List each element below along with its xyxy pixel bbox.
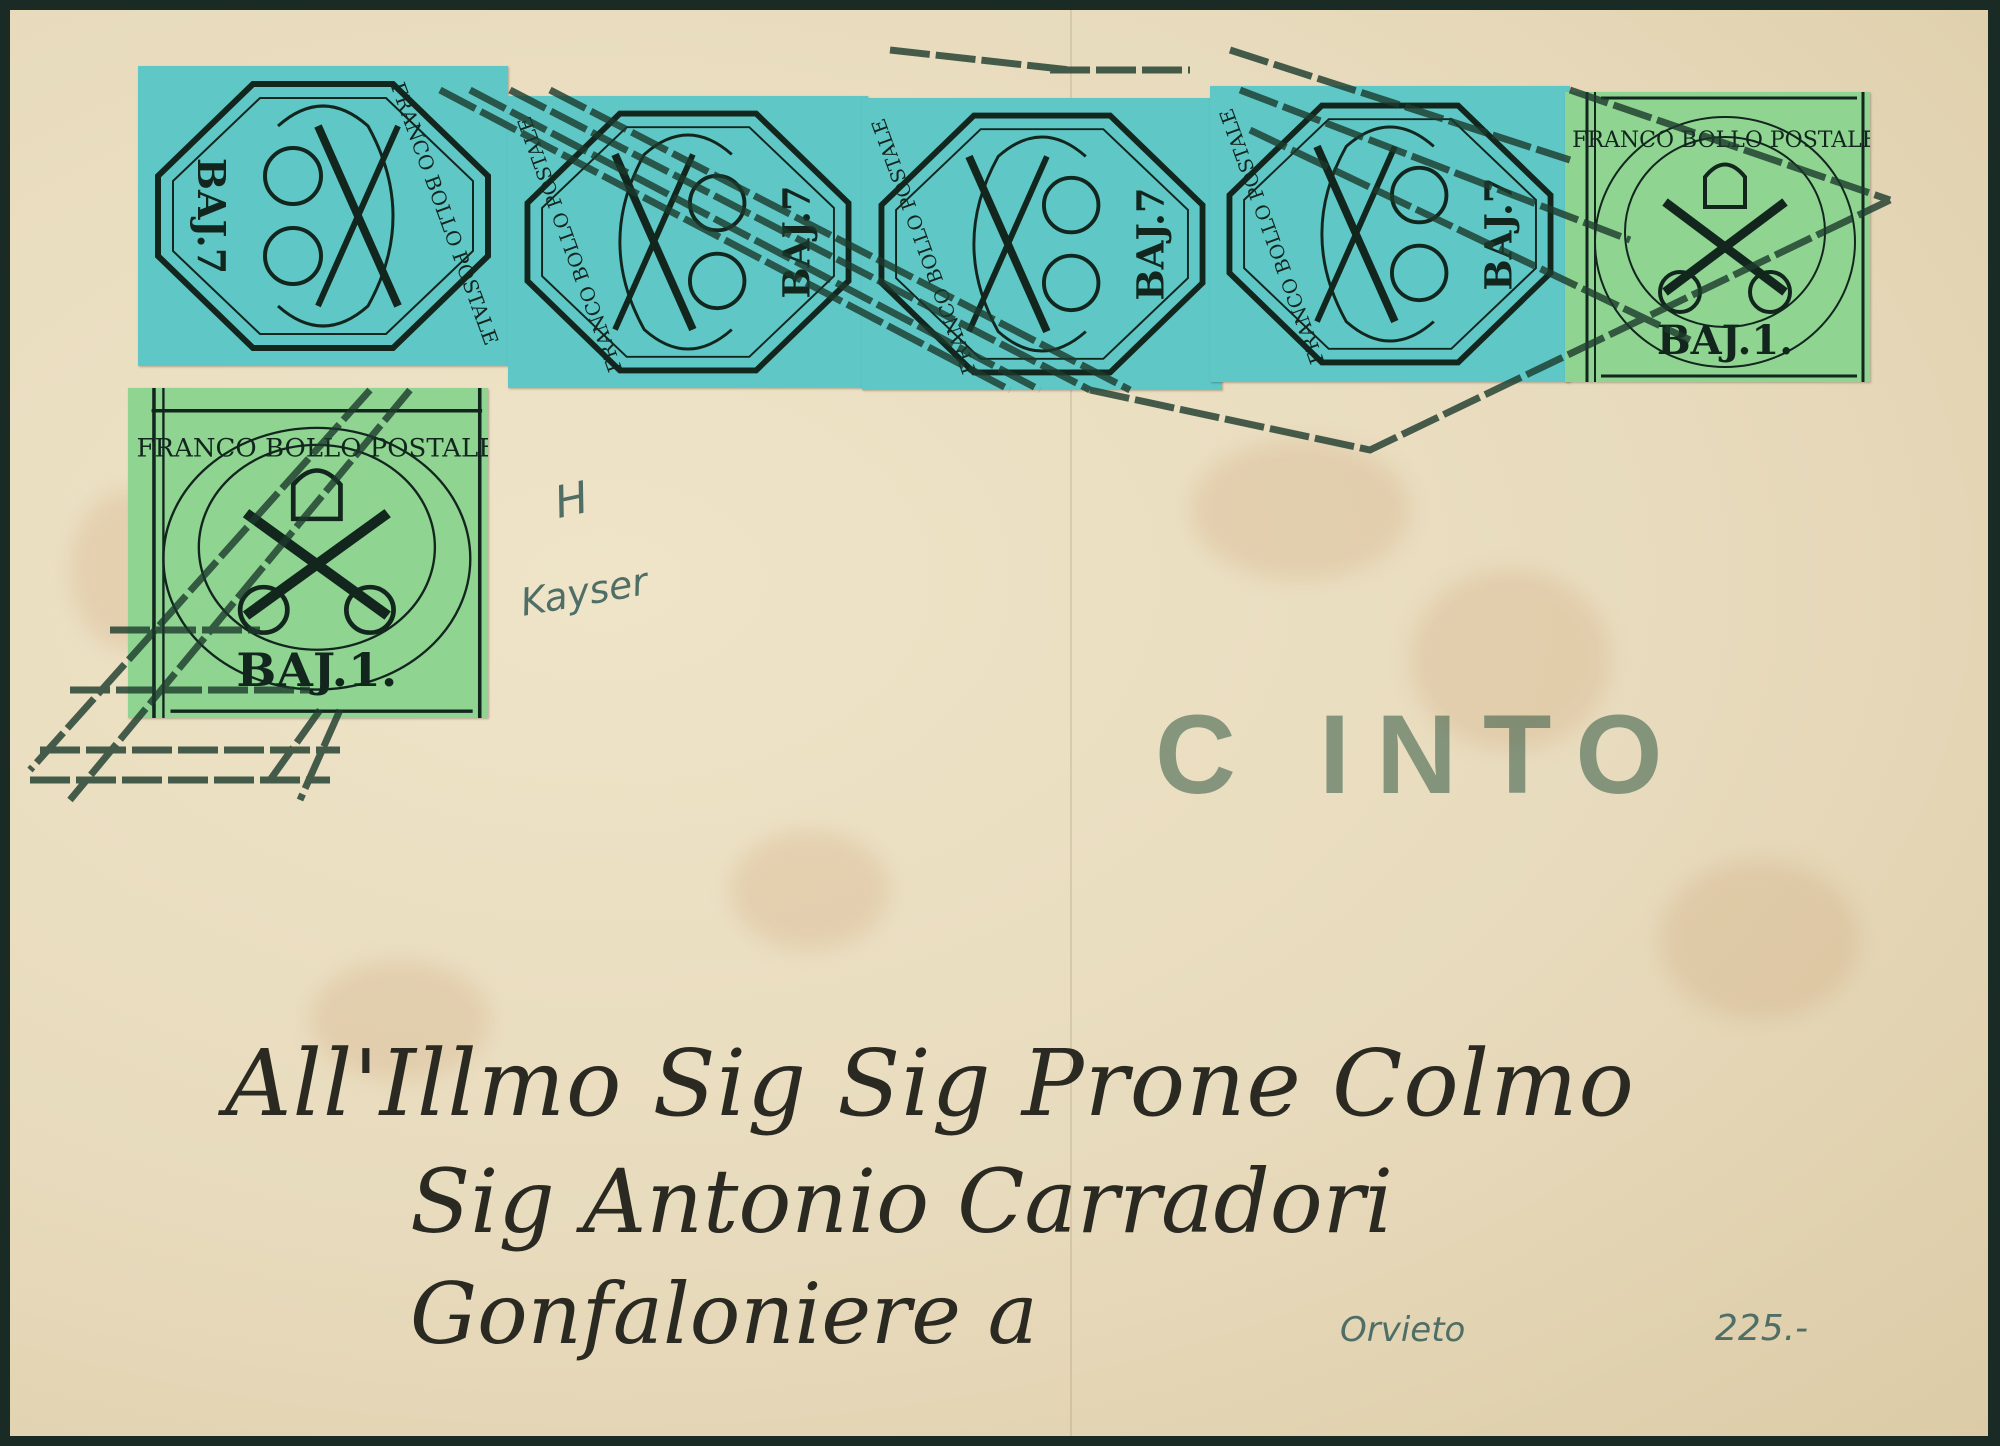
svg-text:FRANCO BOLLO POSTALE: FRANCO BOLLO POSTALE — [1572, 128, 1870, 153]
octagon-design-icon: BAJ.7 FRANCO BOLLO POSTALE — [508, 96, 868, 388]
stamp-baj7-4: BAJ.7 FRANCO BOLLO POSTALE — [1210, 86, 1570, 382]
svg-text:BAJ.7: BAJ.7 — [189, 158, 234, 274]
svg-text:BAJ.7: BAJ.7 — [1477, 177, 1521, 290]
svg-text:BAJ.7: BAJ.7 — [1129, 187, 1173, 300]
oval-design-icon: FRANCO BOLLO POSTALE BAJ.1. — [128, 388, 488, 718]
address-line-1: All'Illmo Sig Sig Prone Colmo — [225, 1030, 1635, 1137]
pencil-price: 225.- — [1715, 1308, 1808, 1349]
foxing-stain — [730, 830, 890, 950]
pencil-destination: Orvieto — [1340, 1310, 1465, 1350]
stamp-baj7-1: BAJ.7 FRANCO BOLLO POSTALE — [138, 66, 508, 366]
address-line-3: Gonfaloniere a — [410, 1265, 1038, 1363]
oval-design-icon: FRANCO BOLLO POSTALE BAJ.1. — [1565, 92, 1870, 382]
stamp-baj1-left: FRANCO BOLLO POSTALE BAJ.1. — [128, 388, 488, 718]
svg-text:BAJ.7: BAJ.7 — [775, 185, 819, 298]
svg-text:BAJ.1.: BAJ.1. — [236, 643, 397, 697]
octagon-design-icon: BAJ.7 FRANCO BOLLO POSTALE — [138, 66, 508, 366]
address-line-2: Sig Antonio Carradori — [410, 1150, 1393, 1253]
pencil-mark: H — [550, 472, 593, 529]
stamp-baj7-2: BAJ.7 FRANCO BOLLO POSTALE — [508, 96, 868, 388]
svg-text:BAJ.1.: BAJ.1. — [1657, 317, 1793, 364]
straight-line-postmark: C INTO — [1155, 690, 1689, 819]
postal-cover: BAJ.7 FRANCO BOLLO POSTALE BAJ.7 FRANCO … — [10, 10, 1988, 1436]
octagon-design-icon: BAJ.7 FRANCO BOLLO POSTALE — [862, 98, 1222, 390]
foxing-stain — [1190, 440, 1410, 580]
stamp-baj1-top-right: FRANCO BOLLO POSTALE BAJ.1. — [1565, 92, 1870, 382]
stamp-baj7-3: BAJ.7 FRANCO BOLLO POSTALE — [862, 98, 1222, 390]
octagon-design-icon: BAJ.7 FRANCO BOLLO POSTALE — [1210, 86, 1570, 382]
foxing-stain — [1660, 860, 1860, 1020]
svg-text:FRANCO BOLLO POSTALE: FRANCO BOLLO POSTALE — [137, 434, 488, 463]
expert-signature: Kayser — [517, 559, 651, 625]
